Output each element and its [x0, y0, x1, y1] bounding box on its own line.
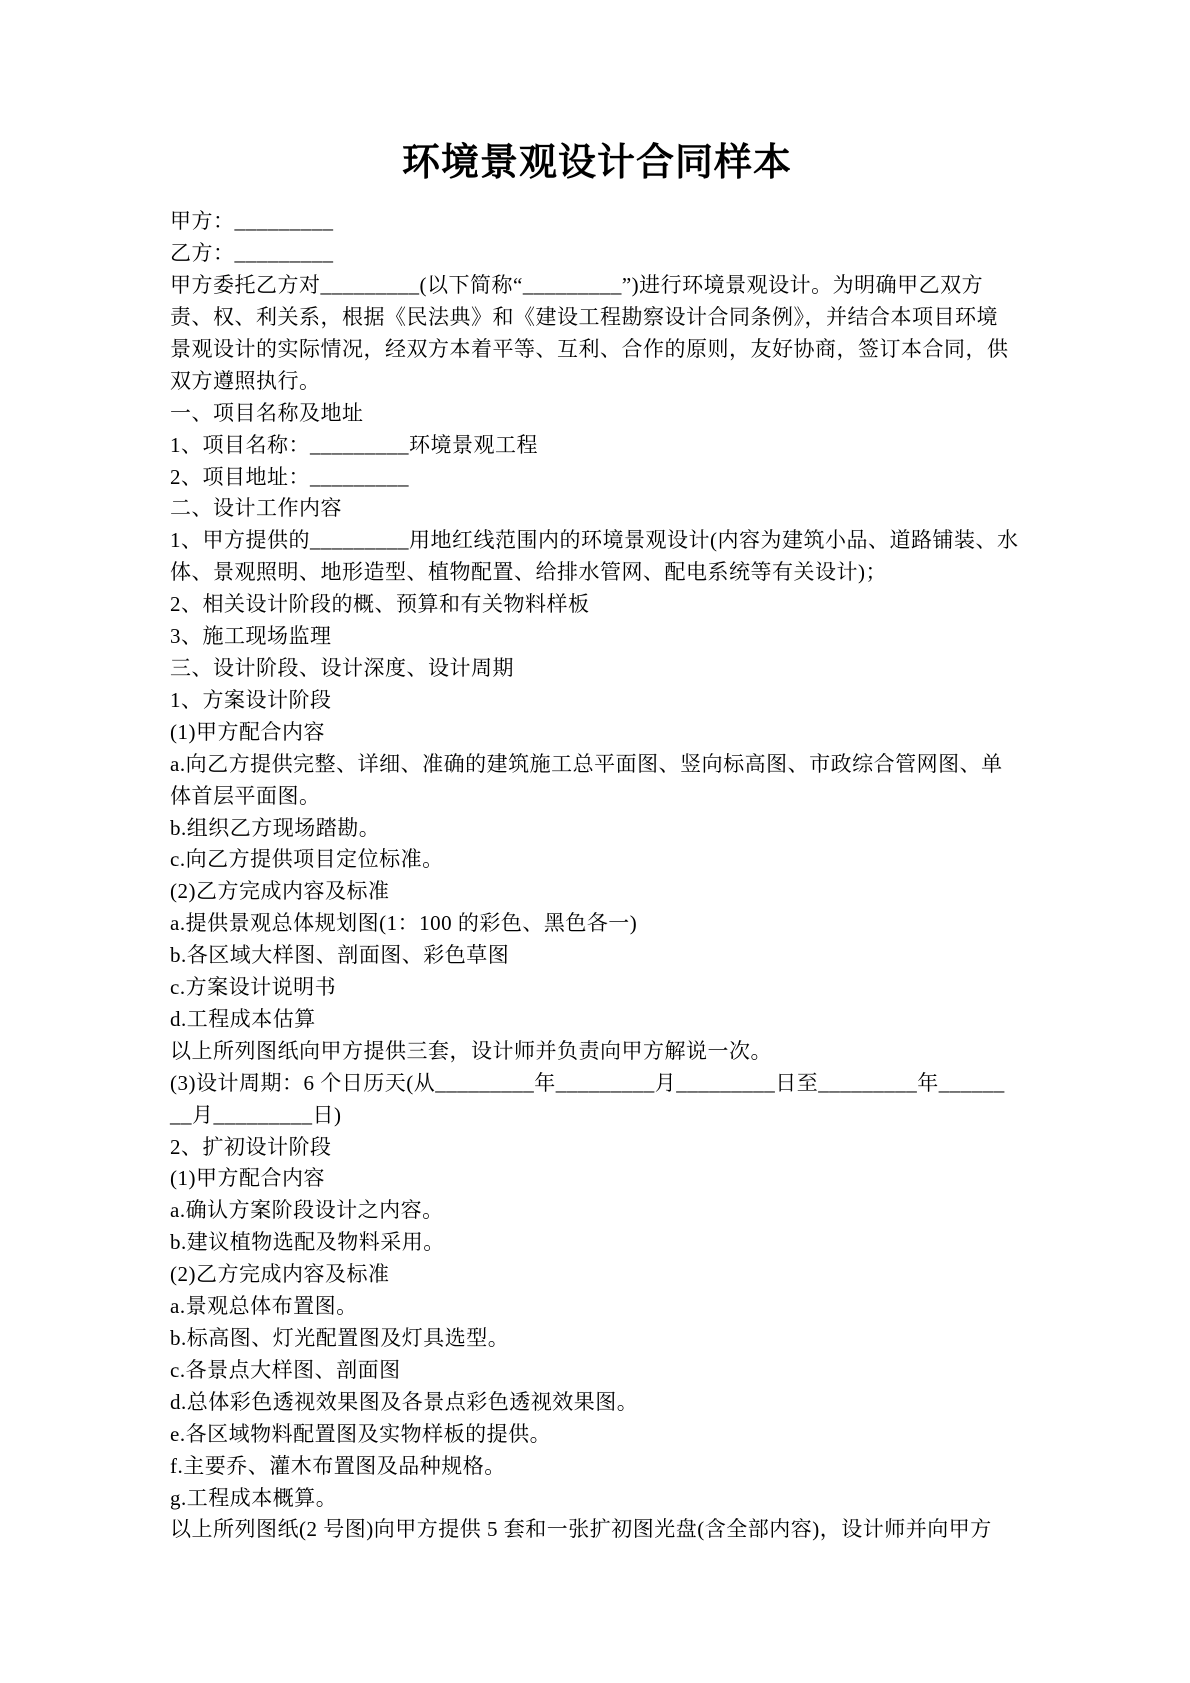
text-line: b.标高图、灯光配置图及灯具选型。 — [170, 1323, 1024, 1355]
text-line: e.各区域物料配置图及实物样板的提供。 — [170, 1419, 1024, 1451]
text-line: 以上所列图纸(2 号图)向甲方提供 5 套和一张扩初图光盘(含全部内容)，设计师… — [170, 1514, 1024, 1546]
text-line: 一、项目名称及地址 — [170, 398, 1024, 430]
text-line: 双方遵照执行。 — [170, 366, 1024, 398]
contract-document-page: 环境景观设计合同样本 甲方：_________乙方：_________甲方委托乙… — [0, 0, 1190, 1683]
text-line: d.总体彩色透视效果图及各景点彩色透视效果图。 — [170, 1387, 1024, 1419]
text-line: 2、项目地址：_________ — [170, 462, 1024, 494]
text-line: 体、景观照明、地形造型、植物配置、给排水管网、配电系统等有关设计)； — [170, 557, 1024, 589]
text-line: __月_________日) — [170, 1100, 1024, 1132]
text-line: a.确认方案阶段设计之内容。 — [170, 1195, 1024, 1227]
text-line: a.向乙方提供完整、详细、准确的建筑施工总平面图、竖向标高图、市政综合管网图、单 — [170, 749, 1024, 781]
text-line: (1)甲方配合内容 — [170, 1163, 1024, 1195]
document-title: 环境景观设计合同样本 — [170, 138, 1024, 189]
text-line: a.景观总体布置图。 — [170, 1291, 1024, 1323]
text-line: g.工程成本概算。 — [170, 1483, 1024, 1515]
text-line: c.向乙方提供项目定位标准。 — [170, 844, 1024, 876]
text-line: c.各景点大样图、剖面图 — [170, 1355, 1024, 1387]
text-line: 三、设计阶段、设计深度、设计周期 — [170, 653, 1024, 685]
text-line: 景观设计的实际情况，经双方本着平等、互利、合作的原则，友好协商，签订本合同，供 — [170, 334, 1024, 366]
text-line: 2、相关设计阶段的概、预算和有关物料样板 — [170, 589, 1024, 621]
text-line: 二、设计工作内容 — [170, 493, 1024, 525]
text-line: c.方案设计说明书 — [170, 972, 1024, 1004]
text-line: b.组织乙方现场踏勘。 — [170, 813, 1024, 845]
text-line: 乙方：_________ — [170, 238, 1024, 270]
text-line: 责、权、利关系，根据《民法典》和《建设工程勘察设计合同条例》，并结合本项目环境 — [170, 302, 1024, 334]
text-line: (2)乙方完成内容及标准 — [170, 1259, 1024, 1291]
text-line: 3、施工现场监理 — [170, 621, 1024, 653]
text-line: f.主要乔、灌木布置图及品种规格。 — [170, 1451, 1024, 1483]
text-line: b.各区域大样图、剖面图、彩色草图 — [170, 940, 1024, 972]
text-line: 1、项目名称：_________环境景观工程 — [170, 430, 1024, 462]
text-line: (1)甲方配合内容 — [170, 717, 1024, 749]
text-line: a.提供景观总体规划图(1：100 的彩色、黑色各一) — [170, 908, 1024, 940]
text-line: 甲方委托乙方对_________(以下简称“_________”)进行环境景观设… — [170, 270, 1024, 302]
text-line: d.工程成本估算 — [170, 1004, 1024, 1036]
text-line: b.建议植物选配及物料采用。 — [170, 1227, 1024, 1259]
text-line: 甲方：_________ — [170, 206, 1024, 238]
text-line: 体首层平面图。 — [170, 781, 1024, 813]
text-line: (2)乙方完成内容及标准 — [170, 876, 1024, 908]
text-line: (3)设计周期：6 个日历天(从_________年_________月____… — [170, 1068, 1024, 1100]
text-line: 2、扩初设计阶段 — [170, 1132, 1024, 1164]
text-line: 以上所列图纸向甲方提供三套，设计师并负责向甲方解说一次。 — [170, 1036, 1024, 1068]
text-line: 1、方案设计阶段 — [170, 685, 1024, 717]
text-line: 1、甲方提供的_________用地红线范围内的环境景观设计(内容为建筑小品、道… — [170, 525, 1024, 557]
document-body: 甲方：_________乙方：_________甲方委托乙方对_________… — [170, 206, 1024, 1546]
